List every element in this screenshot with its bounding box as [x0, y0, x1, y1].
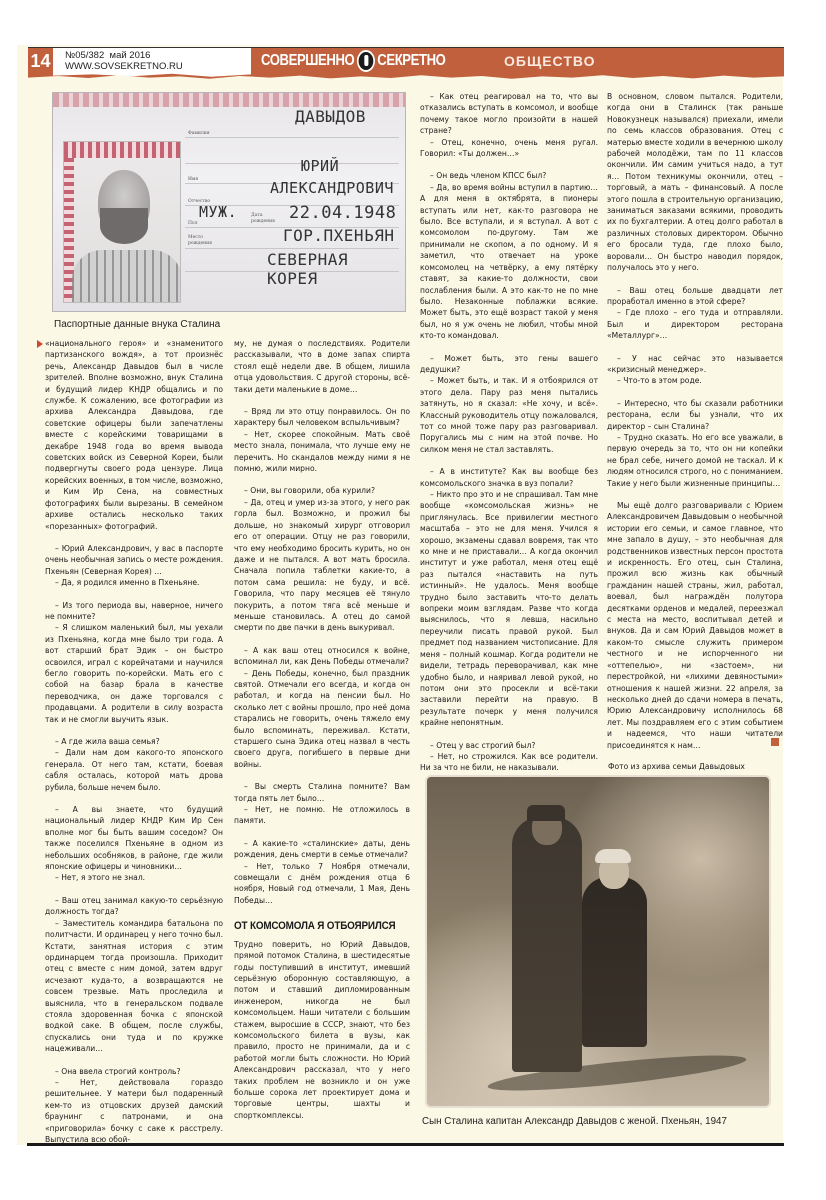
answer: – Нет, не помню. Не отложилось в памяти.	[234, 804, 410, 827]
question: – Может быть, это гены вашего дедушки?	[420, 353, 598, 376]
article-column-4: В основном, словом пытался. Родители, ко…	[607, 91, 783, 751]
dob-value: 22.04.1948	[289, 203, 396, 223]
question: – Он ведь членом КПСС был?	[420, 170, 598, 181]
question: – Интересно, что бы сказали работники ре…	[607, 398, 783, 432]
answer: – Нет, я этого не знал.	[45, 872, 223, 883]
question: – А какие-то «сталинские» даты, день рож…	[234, 838, 410, 861]
historic-photo	[425, 775, 771, 1108]
website-link[interactable]: WWW.SOVSEKRETNO.RU	[65, 61, 251, 72]
answer: му, не думая о последствиях. Родители ра…	[234, 338, 410, 395]
answer: – Отец, конечно, очень меня ругал. Говор…	[420, 137, 598, 160]
photo-credit: Фото из архива семьи Давыдовых	[608, 762, 745, 771]
historic-photo-caption: Сын Сталина капитан Александр Давыдов с …	[422, 1116, 727, 1127]
passport-caption: Паспортные данные внука Сталина	[54, 319, 220, 330]
closing-paragraph: Мы ещё долго разговаривали с Юрием Алекс…	[607, 500, 783, 751]
issue-info: №05/382 май 2016 WWW.SOVSEKRETNO.RU	[53, 48, 251, 74]
answer: – Да, я родился именно в Пхеньяне.	[45, 577, 223, 588]
issue-date: май 2016	[110, 50, 151, 61]
bottom-rule	[27, 1143, 784, 1146]
paragraph: «национального героя» и «знаменитого пар…	[45, 338, 223, 532]
question: – Вы смерть Сталина помните? Вам тогда п…	[234, 781, 410, 804]
question: – Она ввела строгий контроль?	[45, 1066, 223, 1077]
answer: – День Победы, конечно, был праздник свя…	[234, 668, 410, 771]
logo-text-left: СОВЕРШЕННО	[261, 52, 354, 70]
continuation-arrow-icon	[37, 340, 43, 348]
question: – А в институте? Как вы вообще без комсо…	[420, 466, 598, 489]
answer: – Нет, но строжился. Как все родители. Н…	[420, 751, 598, 774]
section-title: ОБЩЕСТВО	[504, 53, 596, 69]
answer: – Нет, действовала гораздо решительнее. …	[45, 1077, 223, 1145]
answer: – Я слишком маленький был, мы уехали из …	[45, 622, 223, 725]
passport-image: Фамилия ДАВЫДОВ Имя ЮРИЙ Отчество АЛЕКСА…	[52, 92, 406, 312]
name-label: Имя	[188, 177, 198, 182]
paragraph: Трудно поверить, но Юрий Давыдов, прямой…	[234, 939, 410, 1122]
answer: – Трудно сказать. Но его все уважали, в …	[607, 432, 783, 489]
question: – Они, вы говорили, оба курили?	[234, 485, 410, 496]
answer: – Что-то в этом роде.	[607, 375, 783, 386]
masthead-band: СОВЕРШЕННО СЕКРЕТНО ОБЩЕСТВО	[251, 48, 784, 74]
answer: – Нет, скорее спокойным. Мать своё место…	[234, 429, 410, 475]
name-value: ЮРИЙ	[301, 157, 339, 175]
question: – У нас сейчас это называется «кризисный…	[607, 353, 783, 376]
page-number: 14	[28, 48, 53, 74]
issue-number: №05/382	[65, 50, 104, 61]
question: – Юрий Александрович, у вас в паспорте о…	[45, 543, 223, 577]
question: – А вы знаете, что будущий национальный …	[45, 804, 223, 872]
passport-portrait	[63, 141, 181, 303]
article-column-2: му, не думая о последствиях. Родители ра…	[234, 338, 410, 1121]
passport-fields: Фамилия ДАВЫДОВ Имя ЮРИЙ Отчество АЛЕКСА…	[185, 93, 405, 311]
photo-figure-man	[512, 817, 582, 1072]
surname-label: Фамилия	[188, 131, 210, 136]
answer: – Да, во время войны вступил в партию… А…	[420, 182, 598, 342]
emblem-icon	[357, 50, 375, 72]
question: – А где жила ваша семья?	[45, 736, 223, 747]
article-column-1: «национального героя» и «знаменитого пар…	[45, 338, 223, 1145]
end-of-article-mark-icon	[771, 738, 779, 746]
surname-value: ДАВЫДОВ	[295, 107, 366, 126]
article-column-3: – Как отец реагировал на то, что вы отка…	[420, 91, 598, 774]
answer: – Дали нам дом какого-то японского генер…	[45, 747, 223, 793]
answer: – Нет, только 7 Ноября отмечали, совмеща…	[234, 861, 410, 907]
answer: – Может быть, и так. И я отбоярился от э…	[420, 375, 598, 455]
page-header: 14 №05/382 май 2016 WWW.SOVSEKRETNO.RU С…	[28, 47, 784, 74]
question: – Ваш отец занимал какую-то серьёзную до…	[45, 895, 223, 918]
question: – Вряд ли это отцу понравилось. Он по ха…	[234, 406, 410, 429]
section-subheading: ОТ КОМСОМОЛА Я ОТБОЯРИЛСЯ	[234, 921, 392, 932]
answer: – Заместитель командира батальона по пол…	[45, 918, 223, 1055]
answer: – Да, отец и умер из-за этого, у него ра…	[234, 497, 410, 634]
answer: – Где плохо – его туда и отправляли. Был…	[607, 307, 783, 341]
sex-label: Пол	[188, 221, 198, 226]
question: – Из того периода вы, наверное, ничего н…	[45, 600, 223, 623]
patronymic-value: АЛЕКСАНДРОВИЧ	[270, 179, 394, 197]
logo-text-right: СЕКРЕТНО	[377, 52, 445, 70]
dob-label: Дата рождения	[251, 213, 281, 225]
answer: – Никто про это и не спрашивал. Там мне …	[420, 489, 598, 729]
question: – Как отец реагировал на то, что вы отка…	[420, 91, 598, 137]
question: – Отец у вас строгий был?	[420, 740, 598, 751]
birthplace-label: Место рождения	[188, 235, 218, 247]
sex-value: МУЖ.	[199, 203, 237, 221]
question: – А как ваш отец относился к войне, вспо…	[234, 645, 410, 668]
question: – Ваш отец больше двадцати лет проработа…	[607, 285, 783, 308]
photo-figure-woman	[582, 877, 647, 1047]
birthplace-line1: ГОР.ПХЕНЬЯН	[283, 226, 394, 245]
birthplace-line2: СЕВЕРНАЯ КОРЕЯ	[267, 250, 405, 288]
publication-logo: СОВЕРШЕННО СЕКРЕТНО	[261, 50, 445, 72]
answer: В основном, словом пытался. Родители, ко…	[607, 91, 783, 274]
